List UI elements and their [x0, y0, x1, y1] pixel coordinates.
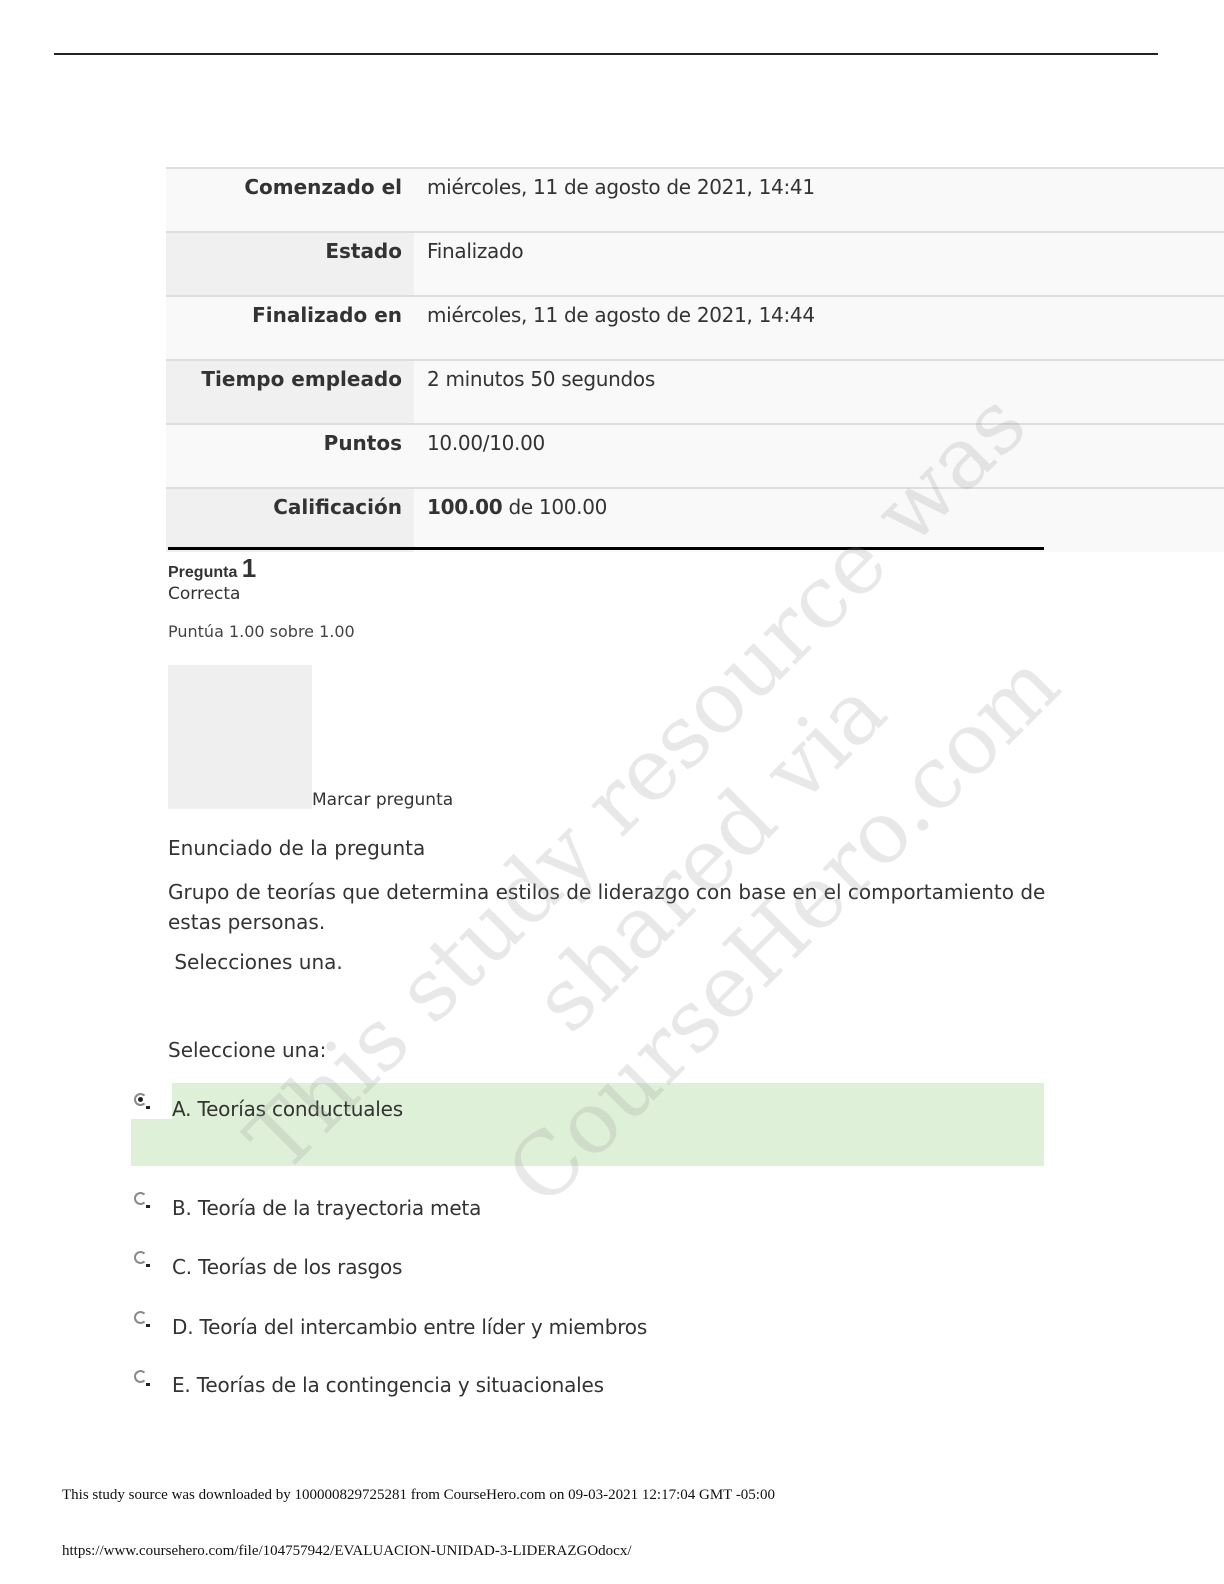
answer-option-b[interactable]: B. Teoría de la trayectoria meta — [172, 1196, 481, 1220]
answer-option-d[interactable]: D. Teoría del intercambio entre líder y … — [172, 1315, 647, 1339]
answer-radio-b[interactable] — [134, 1192, 147, 1205]
answer-option-a[interactable]: A. Teorías conductuales — [172, 1097, 403, 1121]
source-url[interactable]: https://www.coursehero.com/file/10475794… — [62, 1543, 632, 1560]
summary-row-finished: Finalizado en miércoles, 11 de agosto de… — [166, 296, 1224, 360]
question-state: Correcta — [168, 584, 355, 604]
answer-radio-d[interactable] — [134, 1311, 147, 1324]
question-text: Grupo de teorías que determina estilos d… — [168, 877, 1048, 937]
question-grade: Puntúa 1.00 sobre 1.00 — [168, 622, 355, 641]
question-title-prefix: Pregunta — [168, 564, 242, 581]
summary-value: 100.00 de 100.00 — [414, 488, 1224, 552]
summary-label: Calificación — [166, 488, 414, 552]
question-instruction: Selecciones una. — [168, 950, 343, 974]
answer-radio-c[interactable] — [134, 1251, 147, 1264]
summary-label: Tiempo empleado — [166, 360, 414, 424]
summary-row-time-taken: Tiempo empleado 2 minutos 50 segundos — [166, 360, 1224, 424]
top-rule — [54, 53, 1158, 55]
download-note: This study source was downloaded by 1000… — [62, 1487, 775, 1504]
flag-icon[interactable] — [168, 665, 312, 809]
answer-option-c[interactable]: C. Teorías de los rasgos — [172, 1255, 402, 1279]
question-text-heading: Enunciado de la pregunta — [168, 836, 425, 860]
summary-label: Puntos — [166, 424, 414, 488]
summary-row-points: Puntos 10.00/10.00 — [166, 424, 1224, 488]
grade-value: 100.00 — [427, 495, 502, 519]
question-title: Pregunta 1 — [168, 553, 355, 584]
summary-label: Finalizado en — [166, 296, 414, 360]
summary-value: Finalizado — [414, 232, 1224, 296]
summary-value: 10.00/10.00 — [414, 424, 1224, 488]
answer-option-e[interactable]: E. Teorías de la contingencia y situacio… — [172, 1373, 604, 1397]
summary-row-state: Estado Finalizado — [166, 232, 1224, 296]
summary-label: Comenzado el — [166, 168, 414, 232]
grade-max: de 100.00 — [502, 495, 607, 519]
summary-value: miércoles, 11 de agosto de 2021, 14:44 — [414, 296, 1224, 360]
answer-prompt: Seleccione una: — [168, 1038, 326, 1062]
answer-radio-a[interactable] — [134, 1093, 147, 1106]
flag-question-link[interactable]: Marcar pregunta — [312, 790, 453, 810]
summary-label: Estado — [166, 232, 414, 296]
summary-row-started: Comenzado el miércoles, 11 de agosto de … — [166, 168, 1224, 232]
quiz-summary-table: Comenzado el miércoles, 11 de agosto de … — [166, 167, 1224, 552]
question-divider — [168, 547, 1044, 550]
question-info: Pregunta 1 Correcta Puntúa 1.00 sobre 1.… — [168, 553, 355, 641]
summary-row-grade: Calificación 100.00 de 100.00 — [166, 488, 1224, 552]
answer-radio-e[interactable] — [134, 1370, 147, 1383]
summary-value: 2 minutos 50 segundos — [414, 360, 1224, 424]
correct-answer-highlight — [131, 1119, 1044, 1166]
summary-value: miércoles, 11 de agosto de 2021, 14:41 — [414, 168, 1224, 232]
question-number: 1 — [242, 553, 256, 583]
